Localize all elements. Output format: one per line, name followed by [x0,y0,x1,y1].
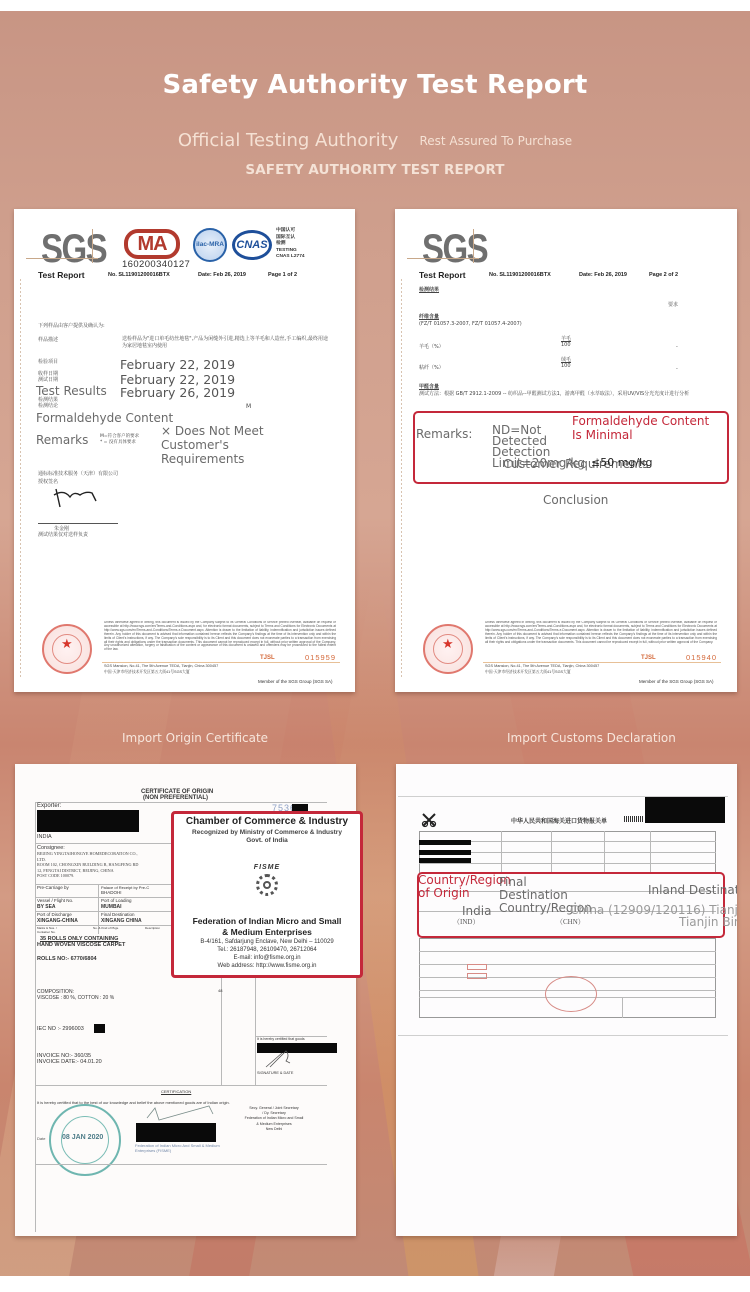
subtitle-row: Official Testing Authority Rest Assured … [0,130,750,151]
fisme-org-line-2: & Medium Enterprises [174,927,360,937]
official-seal: ★ [423,624,473,674]
customs-seal [545,976,597,1012]
section-label-origin: Import Origin Certificate [122,731,268,745]
formaldehyde-heading: 甲醛含量 [419,384,439,391]
port-loading-value: MUMBAI [101,904,122,910]
page-title: Safety Authority Test Report [0,70,750,100]
footer-serial: 015959 [305,653,336,662]
report-heading: Test Report [419,270,466,280]
stamp-date: 08 JAN 2020 [62,1134,103,1141]
redacted-block [94,1024,105,1033]
fisme-tel: Tel.: 26187948, 26109470, 26712064 [174,947,360,953]
destination-code: （CHN） [556,917,585,927]
cnas-logo: CNAS [232,230,272,260]
barcode [624,816,644,822]
field-label: 检验项目 [38,359,58,366]
overlay-date-1: February 22, 2019 [120,358,235,372]
fisme-email: E-mail: info@fisme.org.in [174,955,360,961]
side-strip [401,279,402,679]
port-discharge-value: XINGANG-CHINA [37,918,78,924]
row-req: - [676,344,678,351]
row-req: - [676,366,678,373]
report-number: No. SL11901200016BTX [108,272,170,278]
logo-underline [407,258,479,259]
sgs-logo: SGS [422,226,487,272]
composition-value: VISCOSE : 80 %, COTTON : 20 % [37,995,114,1001]
signer-note: 测试结果仅对送样负责 [38,532,88,539]
fisme-heading: Chamber of Commerce & Industry [174,816,360,827]
field-label: 测试日期 [38,377,58,384]
origin-value: India [462,904,491,918]
section-label-customs: Import Customs Declaration [507,731,676,745]
report-page: Page 1 of 2 [268,272,297,278]
redacted-block [419,840,471,845]
marks-label: Marks & Nos. / Container No. [37,926,67,934]
row-value: 100 [561,363,571,370]
certified-goods-text: It is hereby certified that goods [257,1037,305,1041]
footer-serial: 015940 [686,653,717,662]
footer-address: SGS Mansion, No.41, The 5th Avenue TEDA,… [485,664,599,668]
sgs-logo: SGS [41,226,106,272]
footer-code: TJSL [260,655,275,661]
legal-disclaimer: Unless otherwise agreed in writing, this… [104,621,336,655]
company-name: 通标标准技术服务（天津）有限公司 [38,471,118,478]
requirement-header: 要求 [668,302,678,309]
pkgs-label: No. & Kind of Pkgs. [93,926,119,930]
fisme-address: B-4/161, Safdarjung Enclave, New Delhi –… [174,939,360,945]
overlay-remarks: Remarks [36,433,88,447]
goods-line-2: HAND WOVEN VISCOSE CARPET [37,942,125,948]
port-loading-label: Port of Loading [101,898,132,903]
customs-title: 中华人民共和国海关进口货物报关单 [511,816,607,825]
cma-number: 160200340127 [122,259,190,270]
test-report-page-1[interactable]: SGS MA 160200340127 ilac-MRA CNAS 中国认可 国… [14,209,355,692]
intro-text: 下列样品由客户提供及确认为: [38,323,105,330]
signature [264,1049,294,1069]
row-label: 粘纤（%） [419,365,444,372]
logo-vline [92,229,93,263]
desc-label: Description [145,926,160,930]
signature [52,485,102,509]
red-stamp-mark [467,973,487,979]
m-mark: M [246,403,251,410]
fisme-highlight-box: Chamber of Commerce & Industry Recognize… [171,811,363,978]
sample-label: 样品描述 [38,337,58,344]
field-label: 检测结论 [38,403,58,410]
exporter-label: Exporter: [37,803,61,809]
footer-code: TJSL [641,655,656,661]
footer-divider [102,662,340,663]
overlay-conclusion: Conclusion [543,493,608,507]
overlay-not-meet: × Does Not Meet Customer's Requirements [161,424,271,466]
star-icon: ★ [442,638,454,651]
report-number: No. SL11901200016BTX [489,272,551,278]
place-receipt-value: BHADOHI [101,890,122,895]
vessel-label: Vessel / Flight No. [37,898,73,903]
signature-date-label: SIGNATURE & DATE [257,1071,293,1075]
row-value: 100 [561,342,571,349]
origin-country-label: Country/Region of Origin [418,874,494,900]
fisme-govt: Govt. of India [174,837,360,844]
inland-value-2: Tianjin Bin [679,915,737,929]
secretary-block: Secy. General / Joint Secretary / Dy. Se… [229,1106,319,1132]
consignee-address: BEIJING YINGTAIHONGYE HOMEDECORATION CO.… [37,851,138,879]
cert-subtitle: (NON PREFERENTIAL) [143,795,208,801]
date-label: Date [37,1136,45,1141]
certification-heading: CERTIFICATION [161,1089,191,1094]
redacted-block [419,858,471,863]
red-stamp-mark [467,964,487,970]
invoice-date: INVOICE DATE:- 04.01.20 [37,1059,102,1065]
fiber-standard: (FZ/T 01057.3-2007, FZ/T 01057.4-2007) [419,321,522,328]
signature-line [38,523,118,524]
vessel-value: BY SEA [37,904,56,910]
inland-destination-label: Inland Destination [648,883,737,897]
footer-divider [483,662,721,663]
final-destination-label: Final Destination [101,912,135,917]
side-strip [20,279,21,679]
pre-carriage-label: Pre-Carriage by [37,885,69,890]
row-label: 羊毛（%） [419,344,444,351]
results-heading: 检测结果 [419,287,439,294]
port-discharge-label: Port of Discharge [37,912,72,917]
redacted-block [37,810,139,832]
official-seal: ★ [42,624,92,674]
fisme-web: Web address: http://www.fisme.org.in [174,963,360,969]
fiber-heading: 纤维含量 [419,314,439,321]
legal-disclaimer: Unless otherwise agreed in writing, this… [485,621,717,655]
footer-member: Member of the SGS Group (SGS SA) [639,679,714,684]
final-destination-value: XINGANG CHINA [101,918,142,924]
overlay-formaldehyde: Formaldehyde Content [36,411,173,425]
logo-vline [473,229,474,263]
footer-address-cn: 中国·天津市经济技术开发区第五大街41号SGS大厦 [104,670,190,675]
fisme-org-line-1: Federation of Indian Micro and Small [174,916,360,926]
rolls-number: ROLLS NO:- 6770/6804 [37,956,97,962]
redacted-block [136,1123,216,1142]
cma-logo: MA [124,229,180,259]
report-date: Date: Feb 26, 2019 [579,272,627,278]
customs-emblem-icon [421,812,437,828]
origin-code: （IND） [453,917,479,927]
star-icon: ★ [61,638,73,651]
overlay-date-3: February 26, 2019 [120,386,235,400]
ilac-mra-logo: ilac-MRA [193,228,227,262]
fisme-logo-text: FISME [174,864,360,871]
cnas-text: 中国认可 国际互认 检测 TESTING CNAS L2774 [276,228,305,261]
report-heading: Test Report [38,270,85,280]
report-date: Date: Feb 26, 2019 [198,272,246,278]
highlight-text: Formaldehyde Content Is Minimal [572,414,712,442]
requirement-value: ≤50 mg/kg [591,456,652,470]
subtitle-caps: SAFETY AUTHORITY TEST REPORT [0,162,750,178]
customs-declaration[interactable]: 中华人民共和国海关进口货物报关单 Country/Region of Origi… [396,764,737,1236]
gear-icon [256,874,278,896]
footer-address: SGS Mansion, No.41, The 5th Avenue TEDA,… [104,664,218,668]
overlay-remarks: Remarks: [416,427,472,441]
overlay-test-results: Test Results [36,384,107,398]
remark-legend: M=符合客户的要求 * = 没有具体要求 [100,434,139,446]
subtitle-small: Rest Assured To Purchase [419,134,572,148]
report-page: Page 2 of 2 [649,272,678,278]
iec-number: IEC NO :- 2996003 [37,1026,84,1032]
fisme-recognized: Recognized by Ministry of Commerce & Ind… [174,829,360,836]
redacted-block [419,850,471,855]
sample-description: 送检样品为"进口单毛纺丝地毯",产品为闲缝外引进,精选上等羊毛和人造丝,手工编织… [122,336,332,350]
method-text: 测试方法：根据 GB/T 2912.1-2009 -- 纺织品--甲醛测试方法1… [419,391,709,398]
footer-member: Member of the SGS Group (SGS SA) [258,679,333,684]
logo-underline [26,258,98,259]
misc-mark: 48 [218,988,222,993]
redacted-block [645,797,725,823]
subtitle-large: Official Testing Authority [178,130,399,151]
signature [145,1104,215,1124]
footer-address-cn: 中国·天津市经济技术开发区第五大街41号SGS大厦 [485,670,571,675]
test-report-page-2[interactable]: SGS Test Report No. SL11901200016BTX Dat… [395,209,737,692]
fisme-footer: Federation of Indian Micro And Small & M… [135,1143,230,1153]
exporter-country: INDIA [37,834,52,840]
